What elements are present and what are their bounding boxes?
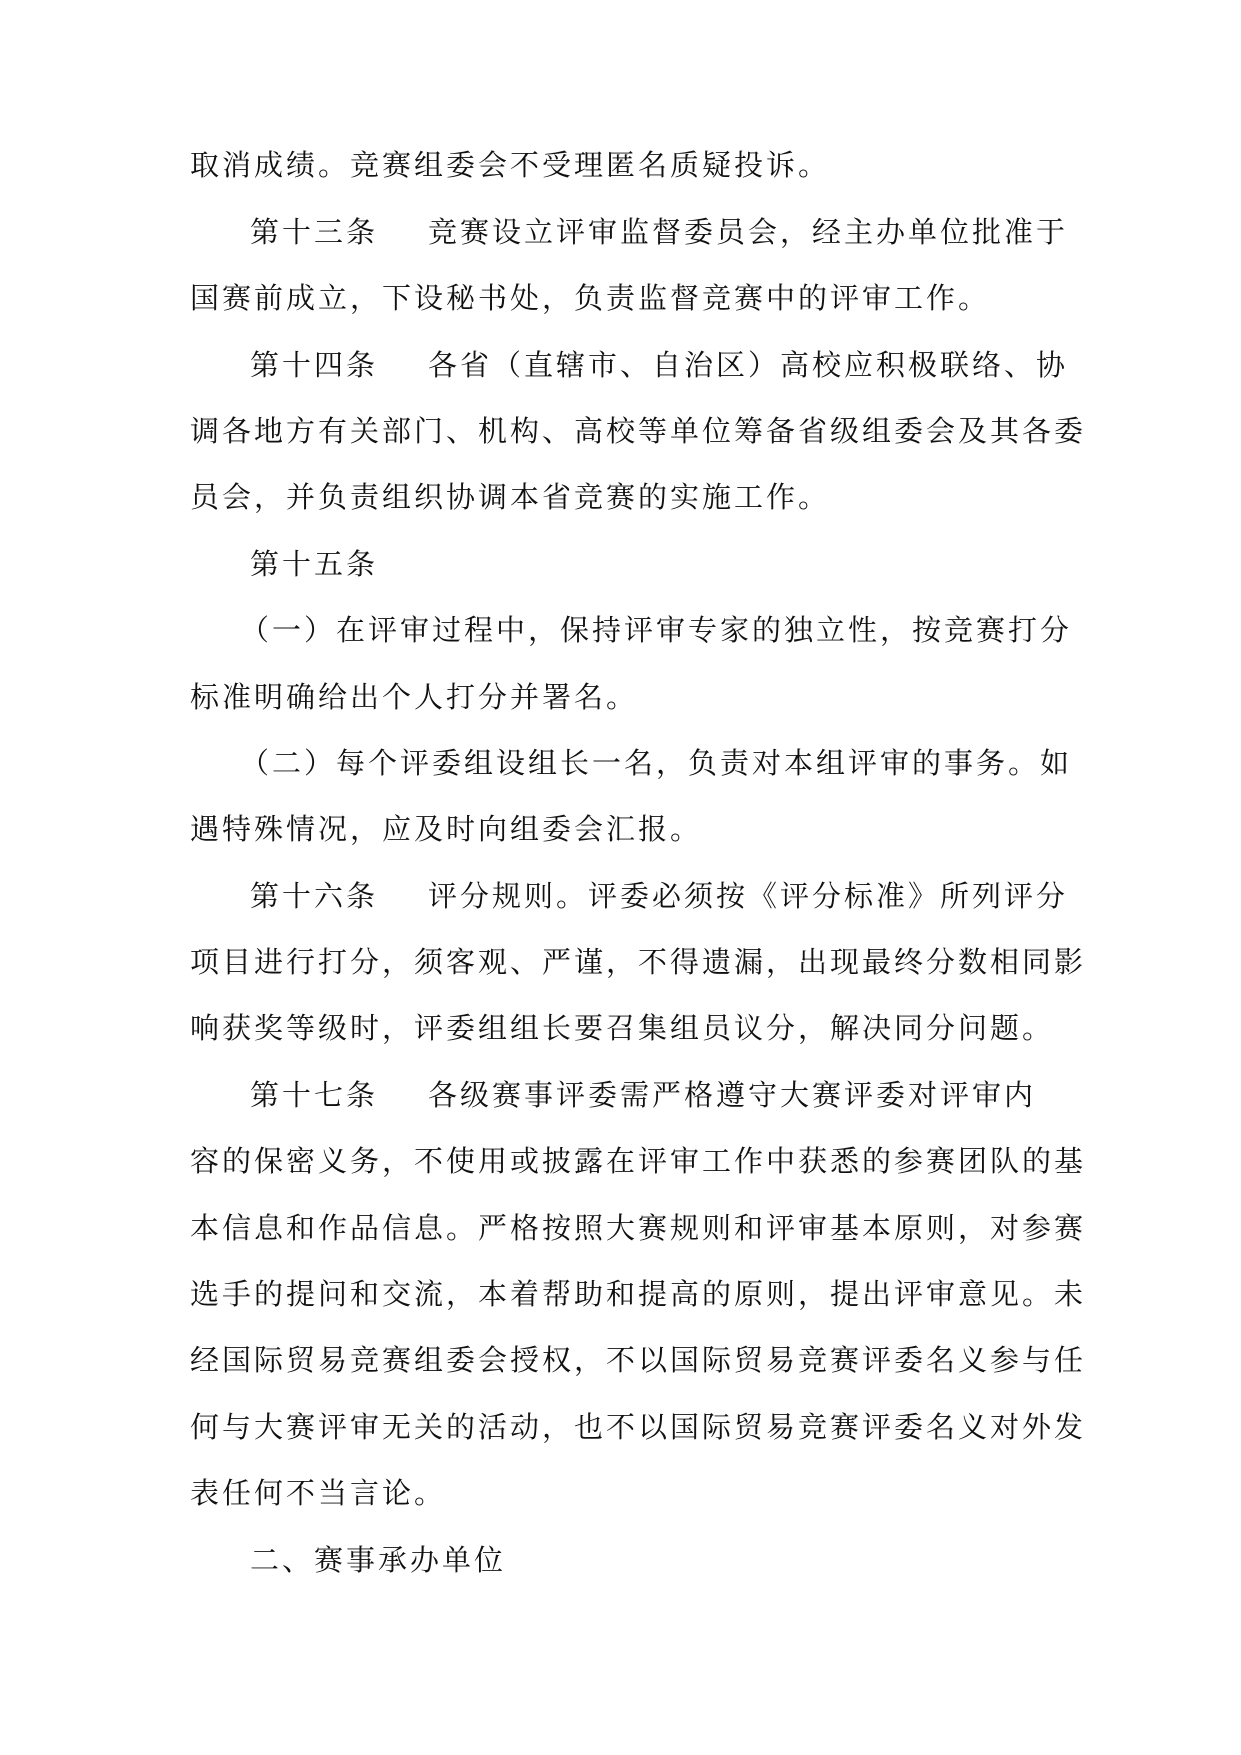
article-label: 第十四条	[250, 348, 378, 382]
article-label: 第十七条	[250, 1078, 378, 1112]
text-line: 调各地方有关部门、机构、高校等单位筹备省级组委会及其各委	[190, 411, 1086, 451]
article-text: 各级赛事评委需严格遵守大赛评委对评审内	[428, 1078, 1036, 1112]
text-line: 响获奖等级时，评委组组长要召集组员议分，解决同分问题。	[190, 1008, 1054, 1048]
article-label: 第十六条	[250, 879, 378, 913]
section-heading: 二、赛事承办单位	[250, 1540, 506, 1580]
text-line: 容的保密义务，不使用或披露在评审工作中获悉的参赛团队的基	[190, 1141, 1086, 1181]
text-line: 本信息和作品信息。严格按照大赛规则和评审基本原则，对参赛	[190, 1208, 1086, 1248]
text-line: 何与大赛评审无关的活动，也不以国际贸易竞赛评委名义对外发	[190, 1407, 1086, 1447]
article-16: 第十六条评分规则。评委必须按《评分标准》所列评分	[250, 876, 1068, 916]
text-line: 选手的提问和交流，本着帮助和提高的原则，提出评审意见。未	[190, 1274, 1086, 1314]
text-line: 员会，并负责组织协调本省竞赛的实施工作。	[190, 477, 830, 517]
document-page: 取消成绩。竞赛组委会不受理匿名质疑投诉。 第十三条竞赛设立评审监督委员会，经主办…	[0, 0, 1241, 1755]
text-line: 取消成绩。竞赛组委会不受理匿名质疑投诉。	[190, 145, 830, 185]
article-text: 竞赛设立评审监督委员会，经主办单位批准于	[428, 215, 1068, 249]
article-15: 第十五条	[250, 544, 378, 584]
text-line: 标准明确给出个人打分并署名。	[190, 677, 638, 717]
text-line: 国赛前成立，下设秘书处，负责监督竞赛中的评审工作。	[190, 278, 990, 318]
text-line: 经国际贸易竞赛组委会授权，不以国际贸易竞赛评委名义参与任	[190, 1340, 1086, 1380]
article-14: 第十四条各省（直辖市、自治区）高校应积极联络、协	[250, 345, 1068, 385]
article-17: 第十七条各级赛事评委需严格遵守大赛评委对评审内	[250, 1075, 1036, 1115]
article-13: 第十三条竞赛设立评审监督委员会，经主办单位批准于	[250, 212, 1068, 252]
article-text: 评分规则。评委必须按《评分标准》所列评分	[428, 879, 1068, 913]
clause-2: （二）每个评委组设组长一名，负责对本组评审的事务。如	[240, 743, 1072, 783]
text-line: 遇特殊情况，应及时向组委会汇报。	[190, 809, 702, 849]
article-text: 各省（直辖市、自治区）高校应积极联络、协	[428, 348, 1068, 382]
clause-1: （一）在评审过程中，保持评审专家的独立性，按竞赛打分	[240, 610, 1072, 650]
text-line: 表任何不当言论。	[190, 1473, 446, 1513]
article-label: 第十三条	[250, 215, 378, 249]
text-line: 项目进行打分，须客观、严谨，不得遗漏，出现最终分数相同影	[190, 942, 1086, 982]
